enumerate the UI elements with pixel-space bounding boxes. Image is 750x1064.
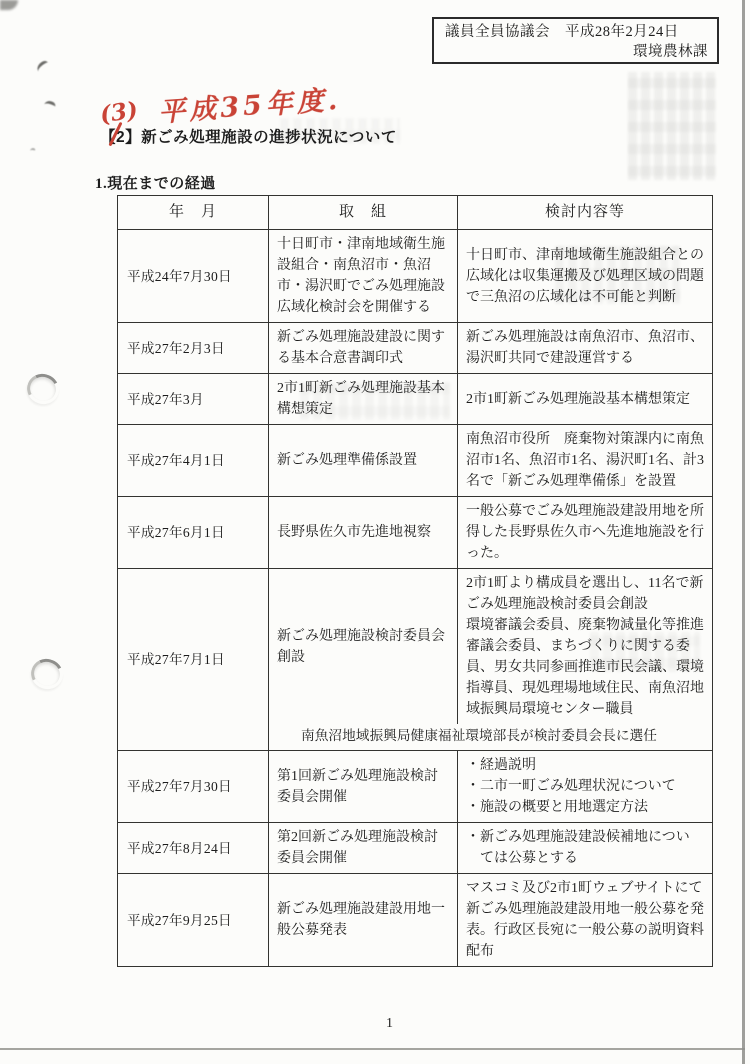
table-row: 平成27年4月1日 新ごみ処理準備係設置 南魚沼市役所 廃棄物対策課内に南魚沼市… [118,425,713,497]
action-cell: 長野県佐久市先進地視察 [269,497,458,569]
merged-footer-cell: 南魚沼地域振興局健康福祉環境部長が検討委員会長に選任 [269,724,713,751]
date-cell: 平成27年7月1日 [118,569,269,751]
details-cell: マスコミ及び2市1町ウェブサイトにて新ごみ処理施設建設用地一般公募を発表。行政区… [458,874,713,967]
date-cell: 平成27年2月3日 [118,323,269,374]
details-cell: 南魚沼市役所 廃棄物対策課内に南魚沼市1名、魚沼市1名、湯沢町1名、計3名で「新… [458,425,713,497]
meeting-title-line: 議員全員協議会 平成28年2月24日 [445,22,708,42]
meeting-info-box: 議員全員協議会 平成28年2月24日 環境農林課 [432,17,719,64]
date-cell: 平成27年7月30日 [118,751,269,823]
table-header-row: 年 月 取 組 検討内容等 [118,196,713,230]
title-text: 新ごみ処理施設の進捗状況について [141,129,397,146]
progress-table: 年 月 取 組 検討内容等 平成24年7月30日 十日町市・津南地域衛生施設組合… [117,195,713,967]
action-cell: 十日町市・津南地域衛生施設組合・南魚沼市・魚沼市・湯沢町でごみ処理施設広域化検討… [269,230,458,323]
section-heading: 1.現在までの経過 [95,172,216,193]
date-cell: 平成24年7月30日 [118,230,269,323]
scan-corner-smudge [0,0,18,10]
paper-right-edge [742,0,745,1064]
date-cell: 平成27年4月1日 [118,425,269,497]
handwritten-fiscal-year-note: 平成35年度. [157,78,342,130]
date-cell: 平成27年8月24日 [118,823,269,874]
details-cell: 新ごみ処理施設は南魚沼市、魚沼市、湯沢町共同で建設運営する [458,323,713,374]
details-cell: ・新ごみ処理施設建設候補地につい ては公募とする [458,823,713,874]
date-cell: 平成27年9月25日 [118,874,269,967]
binder-hole [27,655,67,693]
header-action: 取 組 [269,196,458,230]
action-cell: 新ごみ処理準備係設置 [269,425,458,497]
table-row: 平成27年2月3日 新ごみ処理施設建設に関する基本合意書調印式 新ごみ処理施設は… [118,323,713,374]
pencil-mark [43,99,57,112]
table-row: 平成27年6月1日 長野県佐久市先進地視察 一般公募でごみ処理施設建設用地を所得… [118,497,713,569]
paper-bottom-edge [0,1048,745,1050]
action-cell: 新ごみ処理施設建設に関する基本合意書調印式 [269,323,458,374]
date-cell: 平成27年6月1日 [118,497,269,569]
table-row: 平成24年7月30日 十日町市・津南地域衛生施設組合・南魚沼市・魚沼市・湯沢町で… [118,230,713,323]
pencil-mark [35,59,52,75]
page-number: 1 [386,1016,393,1032]
title-number: 【2】 [100,125,141,147]
header-details: 検討内容等 [458,196,713,230]
action-cell: 新ごみ処理施設建設用地一般公募発表 [269,874,458,967]
table-row: 平成27年9月25日 新ごみ処理施設建設用地一般公募発表 マスコミ及び2市1町ウ… [118,874,713,967]
scanned-document-page: 議員全員協議会 平成28年2月24日 環境農林課 (3) 平成35年度. 【2】… [0,0,750,1064]
document-title: 【2】新ごみ処理施設の進捗状況について [100,125,397,147]
details-cell: 2市1町より構成員を選出し、11名で新ごみ処理施設検討委員会創設 環境審議会委員… [458,569,713,725]
table-row: 平成27年8月24日 第2回新ごみ処理施設検討委員会開催 ・新ごみ処理施設建設候… [118,823,713,874]
action-cell: 第2回新ごみ処理施設検討委員会開催 [269,823,458,874]
details-cell: 十日町市、津南地域衛生施設組合との広域化は収集運搬及び処理区域の問題で三魚沼の広… [458,230,713,323]
pencil-mark [30,148,36,155]
action-cell: 第1回新ごみ処理施設検討委員会開催 [269,751,458,823]
header-date: 年 月 [118,196,269,230]
action-cell: 2市1町新ごみ処理施設基本構想策定 [269,374,458,425]
details-cell: 一般公募でごみ処理施設建設用地を所得した長野県佐久市へ先進地施設を行った。 [458,497,713,569]
binder-hole [23,370,63,408]
title-number-text: 【2】 [100,129,141,146]
date-cell: 平成27年3月 [118,374,269,425]
table-row: 平成27年7月30日 第1回新ごみ処理施設検討委員会開催 ・経過説明 ・二市一町… [118,751,713,823]
table-row: 平成27年3月 2市1町新ごみ処理施設基本構想策定 2市1町新ごみ処理施設基本構… [118,374,713,425]
details-cell: ・経過説明 ・二市一町ごみ処理状況について ・施設の概要と用地選定方法 [458,751,713,823]
table-row: 平成27年7月1日 新ごみ処理施設検討委員会創設 2市1町より構成員を選出し、1… [118,569,713,725]
details-cell: 2市1町新ごみ処理施設基本構想策定 [458,374,713,425]
action-cell: 新ごみ処理施設検討委員会創設 [269,569,458,725]
bleedthrough-smudge [628,72,716,180]
department-name: 環境農林課 [445,42,708,62]
